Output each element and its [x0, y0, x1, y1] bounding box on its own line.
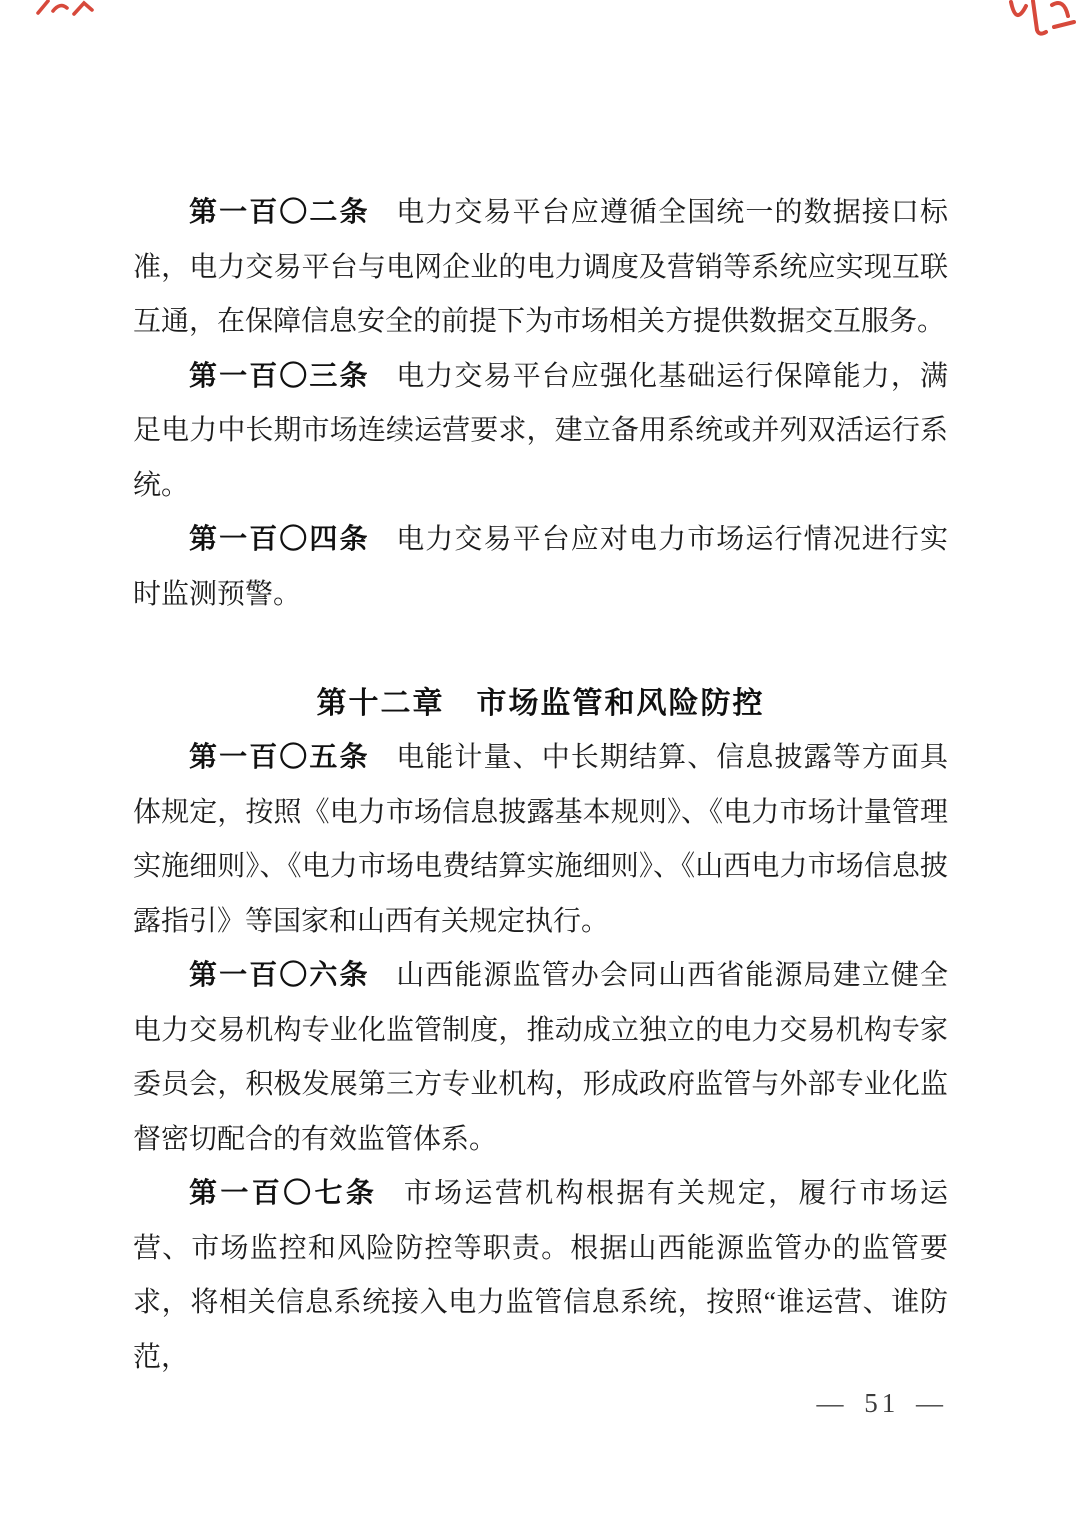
article-paragraph: 第一百〇四条电力交易平台应对电力市场运行情况进行实时监测预警。	[133, 513, 948, 622]
red-ink-mark-left	[34, 0, 98, 18]
document-body: 第一百〇二条电力交易平台应遵循全国统一的数据接口标准，电力交易平台与电网企业的电…	[133, 186, 948, 1385]
article-paragraph: 第一百〇二条电力交易平台应遵循全国统一的数据接口标准，电力交易平台与电网企业的电…	[133, 186, 948, 350]
red-ink-mark-right	[1006, 0, 1080, 38]
article-number: 第一百〇四条	[189, 524, 370, 555]
chapter-heading: 第十二章 市场监管和风险防控	[133, 677, 948, 732]
article-number: 第一百〇六条	[189, 960, 370, 991]
article-paragraph: 第一百〇三条电力交易平台应强化基础运行保障能力，满足电力中长期市场连续运营要求，…	[133, 350, 948, 514]
article-paragraph: 第一百〇七条市场运营机构根据有关规定，履行市场运营、市场监控和风险防控等职责。根…	[133, 1167, 948, 1385]
article-number: 第一百〇三条	[189, 361, 370, 392]
article-paragraph: 第一百〇六条山西能源监管办会同山西省能源局建立健全电力交易机构专业化监管制度，推…	[133, 949, 948, 1167]
article-paragraph: 第一百〇五条电能计量、中长期结算、信息披露等方面具体规定，按照《电力市场信息披露…	[133, 731, 948, 949]
article-number: 第一百〇五条	[189, 742, 370, 773]
page-number: — 51 —	[817, 1388, 948, 1419]
article-number: 第一百〇七条	[189, 1178, 377, 1209]
document-page: 第一百〇二条电力交易平台应遵循全国统一的数据接口标准，电力交易平台与电网企业的电…	[0, 0, 1080, 1527]
article-number: 第一百〇二条	[189, 197, 370, 228]
